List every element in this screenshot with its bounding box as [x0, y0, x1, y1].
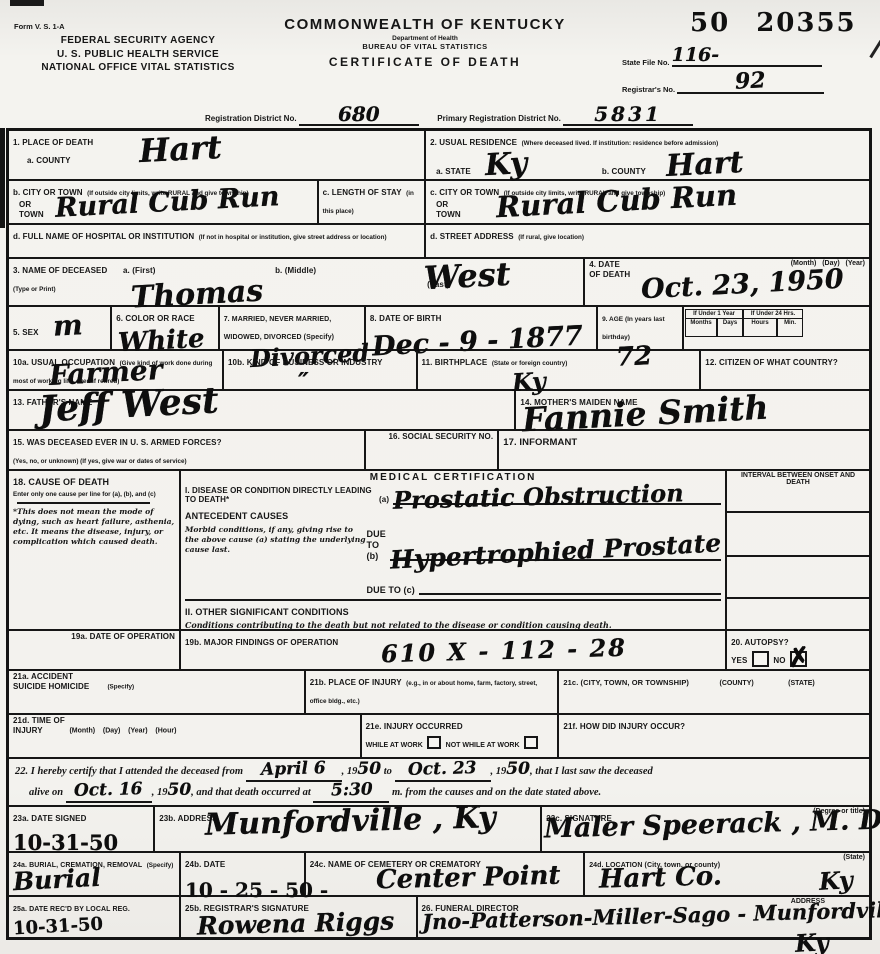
- injury-occurred-label: 21e. INJURY OCCURRED: [366, 722, 463, 731]
- physician-address-value: Munfordville , Ky: [205, 803, 496, 841]
- field-date-signed: 23a. DATE SIGNED 10-31-50: [9, 807, 155, 851]
- field-time-of-injury: 21d. TIME OF INJURY (Month) (Day) (Year)…: [9, 715, 362, 757]
- date-signed-value: 10-31-50: [13, 832, 149, 853]
- field-residence-city: c. CITY OR TOWN (If outside city limits,…: [426, 181, 869, 223]
- burial-state-value: Ky: [819, 868, 854, 894]
- antecedent-causes-label: ANTECEDENT CAUSES: [185, 511, 367, 522]
- row-place-residence: 1. PLACE OF DEATH a. COUNTY Hart 2. USUA…: [9, 131, 869, 181]
- injury-city-label: 21c. (CITY, TOWN, OR TOWNSHIP): [563, 678, 689, 687]
- injury-state-label: (STATE): [788, 680, 815, 687]
- sex-value: m: [52, 311, 83, 341]
- agency-line: NATIONAL OFFICE VITAL STATISTICS: [8, 61, 268, 75]
- row-parents: 13. FATHER'S NAME Jeff West 14. MOTHER'S…: [9, 391, 869, 431]
- row-service-informant: 15. WAS DECEASED EVER IN U. S. ARMED FOR…: [9, 431, 869, 471]
- other-significant-label: II. OTHER SIGNIFICANT CONDITIONS: [185, 607, 349, 617]
- field-accident-suicide: 21a. ACCIDENT SUICIDE HOMICIDE (Specify): [9, 671, 306, 713]
- months-label: Months: [685, 318, 717, 337]
- field-funeral-director: 26. FUNERAL DIRECTOR ADDRESS Jno-Patters…: [418, 897, 870, 937]
- while-at-work-checkbox: [427, 736, 441, 749]
- autopsy-label: 20. AUTOPSY?: [731, 638, 789, 647]
- field-usual-residence: 2. USUAL RESIDENCE (Where deceased lived…: [426, 131, 869, 179]
- disease-leading-label: I. DISEASE OR CONDITION DIRECTLY LEADING…: [185, 486, 375, 505]
- date-of-death-value: Oct. 23, 1950: [641, 266, 845, 304]
- field-marital-status: 7. MARRIED, NEVER MARRIED, WIDOWED, DIVO…: [220, 307, 366, 349]
- state-file-no-value: 116-: [672, 44, 720, 66]
- autopsy-no-checkbox: ✗: [790, 651, 807, 667]
- field-injury-occurred: 21e. INJURY OCCURRED WHILE AT WORK NOT W…: [362, 715, 560, 757]
- middle-name-label: b. (Middle): [275, 266, 316, 275]
- armed-forces-label: 15. WAS DECEASED EVER IN U. S. ARMED FOR…: [13, 438, 222, 447]
- agency-block: FEDERAL SECURITY AGENCY U. S. PUBLIC HEA…: [8, 34, 268, 75]
- burial-hint: (Specify): [147, 862, 174, 869]
- title-block: COMMONWEALTH OF KENTUCKY Department of H…: [270, 16, 580, 69]
- street-address-hint: (If rural, give location): [518, 234, 584, 241]
- department-subtitle: Department of Health: [270, 35, 580, 42]
- field-father-name: 13. FATHER'S NAME Jeff West: [9, 391, 516, 429]
- injury-county-label: (COUNTY): [719, 680, 753, 687]
- under-24-hrs-label: If Under 24 Hrs.: [743, 309, 803, 318]
- birthplace-label: 11. BIRTHPLACE: [422, 358, 488, 367]
- time-of-injury-columns: (Month) (Day) (Year) (Hour): [69, 728, 176, 735]
- field-major-findings: 19b. MAJOR FINDINGS OF OPERATION 610 X -…: [181, 631, 727, 669]
- scan-artifact: [0, 128, 5, 228]
- usual-residence-label: 2. USUAL RESIDENCE: [430, 138, 517, 147]
- burial-value: Burial: [12, 865, 101, 895]
- residence-state-value: Ky: [485, 149, 529, 181]
- interval-line-c: [727, 597, 869, 599]
- row-injury-place: 21a. ACCIDENT SUICIDE HOMICIDE (Specify)…: [9, 671, 869, 715]
- field-burial-date: 24b. DATE 10 - 25 - 50 -: [181, 853, 306, 895]
- field-ssn: 16. SOCIAL SECURITY NO.: [366, 431, 499, 469]
- registrar-signature-value: Rowena Riggs: [197, 908, 395, 938]
- not-while-at-work-checkbox: [524, 736, 538, 749]
- field-registrar-signature: 25b. REGISTRAR'S SIGNATURE Rowena Riggs: [181, 897, 418, 937]
- county-value: Hart: [138, 131, 222, 167]
- field-autopsy: 20. AUTOPSY? YES NO ✗: [727, 631, 869, 669]
- due-to-c-label: DUE TO (c): [367, 585, 415, 596]
- physician-signature-value: Maler Speerack , M. D.: [544, 806, 880, 842]
- field-cause-notes: 18. CAUSE OF DEATH Enter only one cause …: [9, 471, 181, 629]
- state-file-no-line: State File No. 116-: [622, 46, 822, 67]
- row-operation: 19a. DATE OF OPERATION 19b. MAJOR FINDIN…: [9, 631, 869, 671]
- ssn-label: 16. SOCIAL SECURITY NO.: [370, 432, 493, 442]
- length-of-stay-label: c. LENGTH OF STAY: [323, 188, 402, 197]
- major-findings-label: 19b. MAJOR FINDINGS OF OPERATION: [185, 638, 338, 647]
- field-place-of-death: 1. PLACE OF DEATH a. COUNTY Hart: [9, 131, 426, 179]
- registration-district-line: Registration District No. 680 Primary Re…: [205, 104, 693, 126]
- cause-a-value: Prostatic Obstruction: [393, 481, 684, 513]
- hospital-hint: (If not in hospital or institution, give…: [199, 234, 387, 241]
- not-while-at-work-label: NOT WHILE AT WORK: [446, 742, 520, 749]
- bureau-subtitle: BUREAU OF VITAL STATISTICS: [270, 42, 580, 51]
- name-hint: (Type or Print): [13, 286, 56, 293]
- field-length-of-stay: c. LENGTH OF STAY (in this place): [319, 181, 427, 223]
- stamped-file-number: 5020355: [690, 8, 857, 38]
- time-of-injury-label: 21d. TIME OF INJURY: [13, 716, 65, 735]
- scanned-death-certificate: Form V. S. 1-A FEDERAL SECURITY AGENCY U…: [0, 0, 880, 954]
- interval-line-a: [727, 511, 869, 513]
- certification-line-2: alive on Oct. 16, 1950, and that death o…: [29, 782, 863, 803]
- field-injury-location: 21c. (CITY, TOWN, OR TOWNSHIP) (COUNTY) …: [559, 671, 869, 713]
- form-id: Form V. S. 1-A: [14, 22, 65, 31]
- while-at-work-label: WHILE AT WORK: [366, 742, 423, 749]
- cause-note-2: *This does not mean the mode of dying, s…: [13, 507, 175, 546]
- date-of-operation-label: 19a. DATE OF OPERATION: [13, 632, 175, 642]
- place-of-death-label: 1. PLACE OF DEATH: [13, 138, 93, 147]
- registrar-no-value: 92: [735, 69, 767, 93]
- major-findings-value: 610 X - 112 - 28: [381, 636, 627, 666]
- color-race-label: 6. COLOR OR RACE: [116, 314, 195, 323]
- field-sex: 5. SEX m: [9, 307, 112, 349]
- cause-note-1: Enter only one cause per line for (a), (…: [13, 491, 175, 498]
- date-received-value: 10-31-50: [13, 916, 104, 939]
- autopsy-no-mark: ✗: [786, 642, 811, 674]
- divider: [17, 502, 150, 504]
- street-address-label: d. STREET ADDRESS: [430, 232, 514, 241]
- under-1-year-label: If Under 1 Year: [685, 309, 743, 318]
- hospital-label: d. FULL NAME OF HOSPITAL OR INSTITUTION: [13, 232, 194, 241]
- first-name-label: a. (First): [123, 266, 156, 275]
- row-signature: 23a. DATE SIGNED 10-31-50 23b. ADDRESS M…: [9, 807, 869, 853]
- name-label: 3. NAME OF DECEASED: [13, 266, 107, 275]
- field-death-city: b. CITY OR TOWN (If outside city limits,…: [9, 181, 319, 223]
- field-hospital: d. FULL NAME OF HOSPITAL OR INSTITUTION …: [9, 225, 426, 257]
- field-date-of-operation: 19a. DATE OF OPERATION: [9, 631, 181, 669]
- field-physician-address: 23b. ADDRESS Munfordville , Ky: [155, 807, 542, 851]
- days-label: Days: [717, 318, 743, 337]
- autopsy-yes-label: YES: [731, 656, 747, 665]
- attended-from-value: April 6: [261, 760, 326, 779]
- last-name-value: West: [423, 258, 511, 294]
- autopsy-no-label: NO: [773, 656, 785, 665]
- field-street-address: d. STREET ADDRESS (If rural, give locati…: [426, 225, 869, 257]
- field-medical-certification: MEDICAL CERTIFICATION I. DISEASE OR COND…: [181, 471, 727, 629]
- residence-state-label: a. STATE: [436, 167, 471, 176]
- row-name-dod: 3. NAME OF DECEASED (Type or Print) a. (…: [9, 259, 869, 307]
- usual-residence-hint: (Where deceased lived. If institution: r…: [522, 140, 719, 147]
- row-city-town: b. CITY OR TOWN (If outside city limits,…: [9, 181, 869, 225]
- death-time-value: 5:30: [330, 781, 372, 799]
- row-injury-time: 21d. TIME OF INJURY (Month) (Day) (Year)…: [9, 715, 869, 759]
- field-name-of-deceased: 3. NAME OF DECEASED (Type or Print) a. (…: [9, 259, 585, 305]
- autopsy-yes-checkbox: [752, 651, 769, 667]
- date-of-death-label: 4. DATE OF DEATH: [589, 260, 633, 279]
- field-age: 9. AGE (In years last birthday) 72: [598, 307, 684, 349]
- attended-to-value: Oct. 23: [408, 760, 477, 779]
- citizen-label: 12. CITIZEN OF WHAT COUNTRY?: [705, 358, 838, 367]
- morbid-conditions-note: Morbid conditions, if any, giving rise t…: [185, 525, 367, 555]
- field-citizen: 12. CITIZEN OF WHAT COUNTRY?: [701, 351, 869, 389]
- date-signed-label: 23a. DATE SIGNED: [13, 814, 86, 823]
- scan-artifact: [869, 6, 880, 58]
- field-how-injury-occurred: 21f. HOW DID INJURY OCCUR?: [559, 715, 869, 757]
- informant-label: 17. INFORMANT: [503, 437, 577, 448]
- residence-county-label: b. COUNTY: [602, 167, 646, 176]
- field-armed-forces: 15. WAS DECEASED EVER IN U. S. ARMED FOR…: [9, 431, 366, 469]
- age-under-grid: If Under 1 Year If Under 24 Hrs. Months …: [685, 309, 868, 337]
- field-date-of-death: 4. DATE OF DEATH (Month) (Day) (Year) Oc…: [585, 259, 869, 305]
- certificate-of-death-title: CERTIFICATE OF DEATH: [270, 55, 580, 69]
- other-significant-hint: Conditions contributing to the death but…: [185, 620, 721, 630]
- field-interval: INTERVAL BETWEEN ONSET AND DEATH: [727, 471, 869, 629]
- how-injury-label: 21f. HOW DID INJURY OCCUR?: [563, 722, 685, 731]
- agency-line: FEDERAL SECURITY AGENCY: [8, 34, 268, 48]
- field-color-race: 6. COLOR OR RACE White: [112, 307, 220, 349]
- registration-district-value: 680: [338, 102, 380, 126]
- dob-label: 8. DATE OF BIRTH: [370, 314, 442, 323]
- field-burial-location: 24d. LOCATION (City, town, or county) (S…: [585, 853, 869, 895]
- field-date-received: 25a. DATE REC'D BY LOCAL REG. 10-31-50: [9, 897, 181, 937]
- registrar-no-line: Registrar's No. 92: [622, 70, 824, 94]
- burial-state-label: (State): [843, 854, 865, 861]
- industry-label: 10b. KIND OF BUSINESS OR INDUSTRY: [228, 358, 383, 367]
- residence-city-label: c. CITY OR TOWN: [430, 188, 499, 197]
- field-burial-type: 24a. BURIAL, CREMATION, REMOVAL (Specify…: [9, 853, 181, 895]
- certificate-form: 1. PLACE OF DEATH a. COUNTY Hart 2. USUA…: [6, 128, 872, 940]
- accident-hint: (Specify): [107, 684, 134, 691]
- place-of-injury-label: 21b. PLACE OF INJURY: [310, 678, 402, 687]
- row-hospital-street: d. FULL NAME OF HOSPITAL OR INSTITUTION …: [9, 225, 869, 259]
- attended-to-year: 50: [506, 759, 530, 779]
- interval-label: INTERVAL BETWEEN ONSET AND DEATH: [731, 472, 865, 486]
- field-cemetery-name: 24c. NAME OF CEMETERY OR CREMATORY Cente…: [306, 853, 586, 895]
- commonwealth-title: COMMONWEALTH OF KENTUCKY: [270, 16, 580, 33]
- county-label: a. COUNTY: [27, 156, 71, 165]
- burial-location-value: Hart Co.: [599, 863, 722, 892]
- agency-line: U. S. PUBLIC HEALTH SERVICE: [8, 48, 268, 62]
- row-cause-of-death: 18. CAUSE OF DEATH Enter only one cause …: [9, 471, 869, 631]
- hours-label: Hours: [743, 318, 777, 337]
- father-name-value: Jeff West: [38, 382, 219, 427]
- row-demographics: 5. SEX m 6. COLOR OR RACE White 7. MARRI…: [9, 307, 869, 351]
- row-burial: 24a. BURIAL, CREMATION, REMOVAL (Specify…: [9, 853, 869, 897]
- sex-label: 5. SEX: [13, 328, 39, 337]
- scan-artifact: [10, 0, 44, 6]
- field-mother-name: 14. MOTHER'S MAIDEN NAME Fannie Smith: [516, 391, 869, 429]
- row-registrar: 25a. DATE REC'D BY LOCAL REG. 10-31-50 2…: [9, 897, 869, 937]
- field-age-subboxes: If Under 1 Year If Under 24 Hrs. Months …: [684, 307, 869, 349]
- field-birthplace: 11. BIRTHPLACE (State or foreign country…: [418, 351, 702, 389]
- field-industry: 10b. KIND OF BUSINESS OR INDUSTRY ″: [224, 351, 418, 389]
- funeral-director-state-value: Ky: [795, 930, 830, 954]
- field-date-of-birth: 8. DATE OF BIRTH Dec - 9 - 1877: [366, 307, 598, 349]
- due-to-b-label: DUE TO (b): [367, 529, 386, 561]
- accident-label: 21a. ACCIDENT SUICIDE HOMICIDE: [13, 672, 103, 691]
- primary-district-value: 5831: [594, 102, 662, 126]
- interval-line-b: [727, 555, 869, 557]
- cemetery-value: Center Point: [375, 863, 560, 894]
- field-physician-signature: 23c. SIGNATURE (Degree or title) Maler S…: [542, 807, 869, 851]
- burial-date-label: 24b. DATE: [185, 860, 225, 869]
- cause-b-value: Hypertrophied Prostate: [389, 531, 721, 573]
- cause-of-death-label: 18. CAUSE OF DEATH: [13, 477, 109, 487]
- marital-label: 7. MARRIED, NEVER MARRIED, WIDOWED, DIVO…: [224, 316, 334, 341]
- attended-from-year: 50: [357, 759, 381, 779]
- row-certification: 22. I hereby certify that I attended the…: [9, 759, 869, 807]
- field-place-of-injury: 21b. PLACE OF INJURY (e.g., in or about …: [306, 671, 560, 713]
- last-seen-value: Oct. 16: [74, 781, 143, 800]
- date-received-label: 25a. DATE REC'D BY LOCAL REG.: [13, 906, 130, 913]
- a-tag: (a): [379, 495, 389, 505]
- age-label: 9. AGE (In years last birthday): [602, 316, 665, 341]
- min-label: Min.: [777, 318, 803, 337]
- certificate-header: Form V. S. 1-A FEDERAL SECURITY AGENCY U…: [0, 8, 880, 128]
- last-seen-year: 50: [168, 780, 192, 800]
- armed-forces-hint: (Yes, no, or unknown) (If yes, give war …: [13, 458, 187, 465]
